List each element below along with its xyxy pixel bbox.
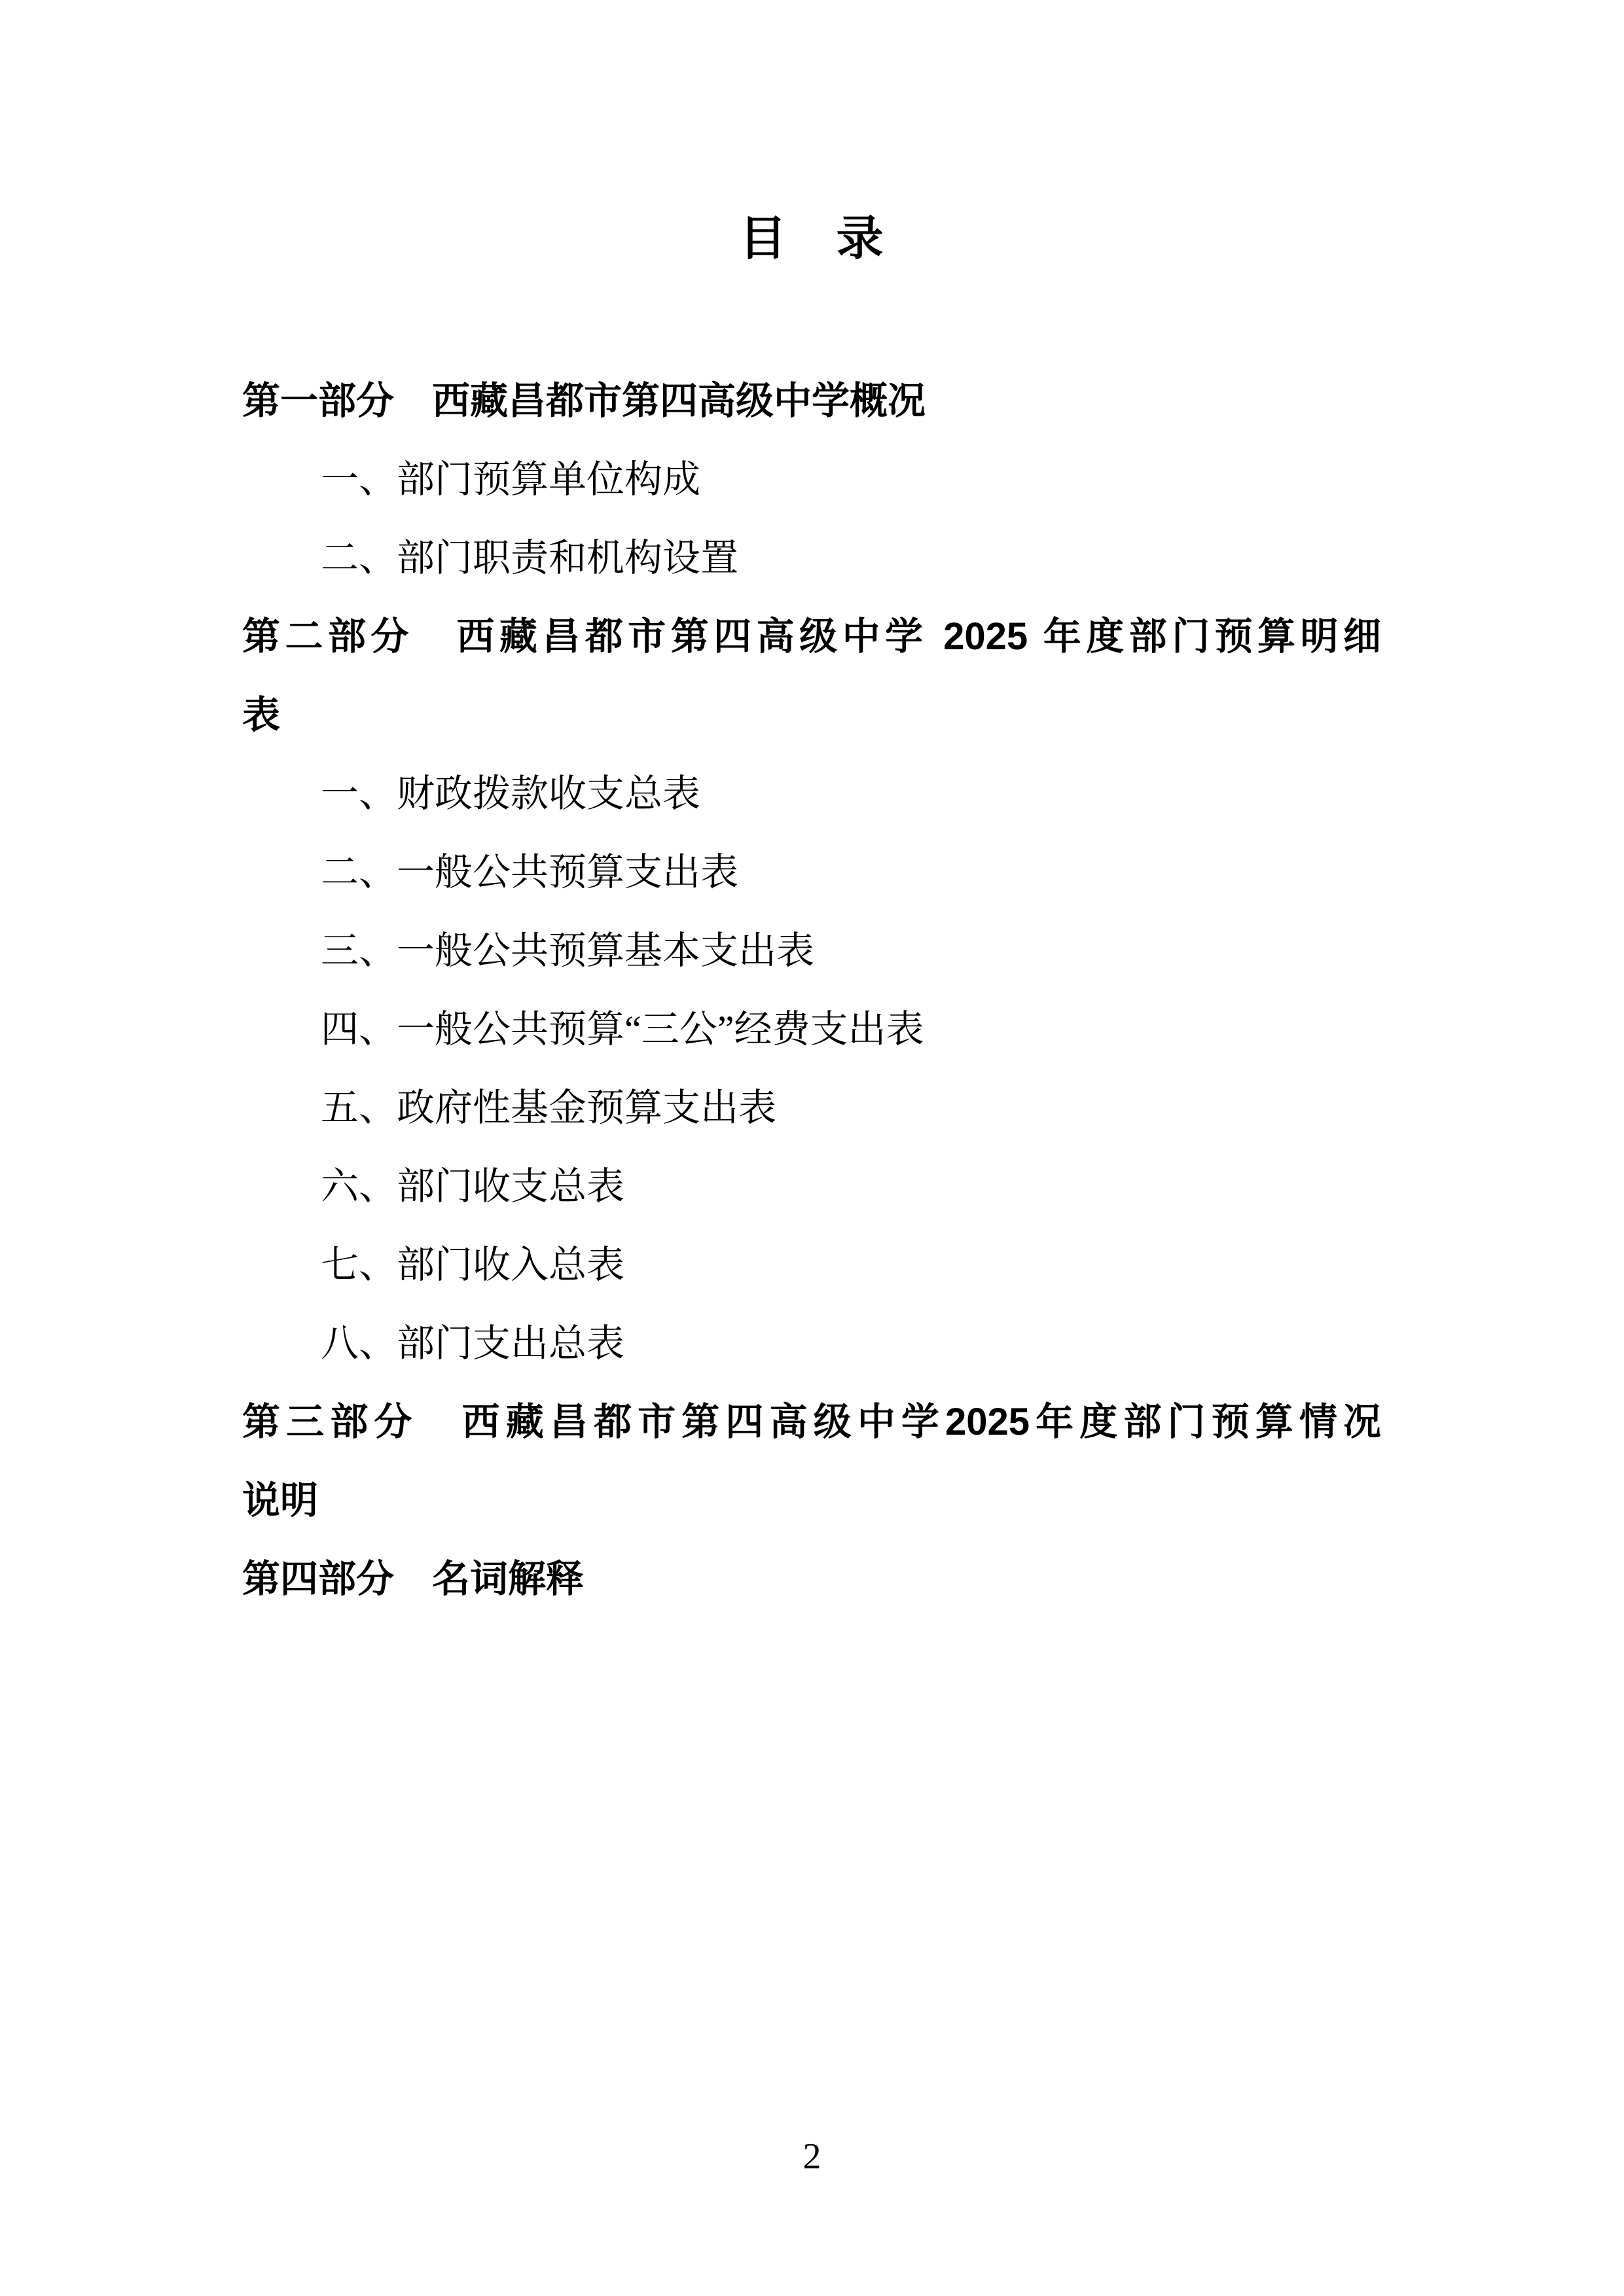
toc-line: 第一部分 西藏昌都市第四高级中学概况 (242, 362, 1381, 440)
toc-line: 第三部分 西藏昌都市第四高级中学2025年度部门预算情况 (242, 1383, 1381, 1462)
toc-line: 第四部分 名词解释 (242, 1540, 1381, 1619)
page-title: 目 录 (0, 203, 1624, 275)
toc-line: 第二部分 西藏昌都市第四高级中学 2025 年度部门预算明细 (242, 598, 1381, 676)
toc-line: 一、财政拨款收支总表 (242, 755, 1381, 833)
toc: 第一部分 西藏昌都市第四高级中学概况一、部门预算单位构成二、部门职责和机构设置第… (242, 362, 1381, 1619)
toc-line: 说明 (242, 1462, 1381, 1540)
toc-line: 一、部门预算单位构成 (242, 440, 1381, 519)
toc-line: 七、部门收入总表 (242, 1226, 1381, 1304)
toc-line: 三、一般公共预算基本支出表 (242, 912, 1381, 990)
toc-line: 二、一般公共预算支出表 (242, 833, 1381, 912)
page-number: 2 (0, 2134, 1624, 2179)
toc-line: 二、部门职责和机构设置 (242, 519, 1381, 598)
toc-line: 五、政府性基金预算支出表 (242, 1069, 1381, 1147)
toc-line: 八、部门支出总表 (242, 1304, 1381, 1383)
toc-line: 六、部门收支总表 (242, 1147, 1381, 1226)
toc-line: 表 (242, 676, 1381, 755)
document-page: 目 录 第一部分 西藏昌都市第四高级中学概况一、部门预算单位构成二、部门职责和机… (0, 0, 1624, 2296)
toc-line: 四、一般公共预算“三公”经费支出表 (242, 990, 1381, 1069)
